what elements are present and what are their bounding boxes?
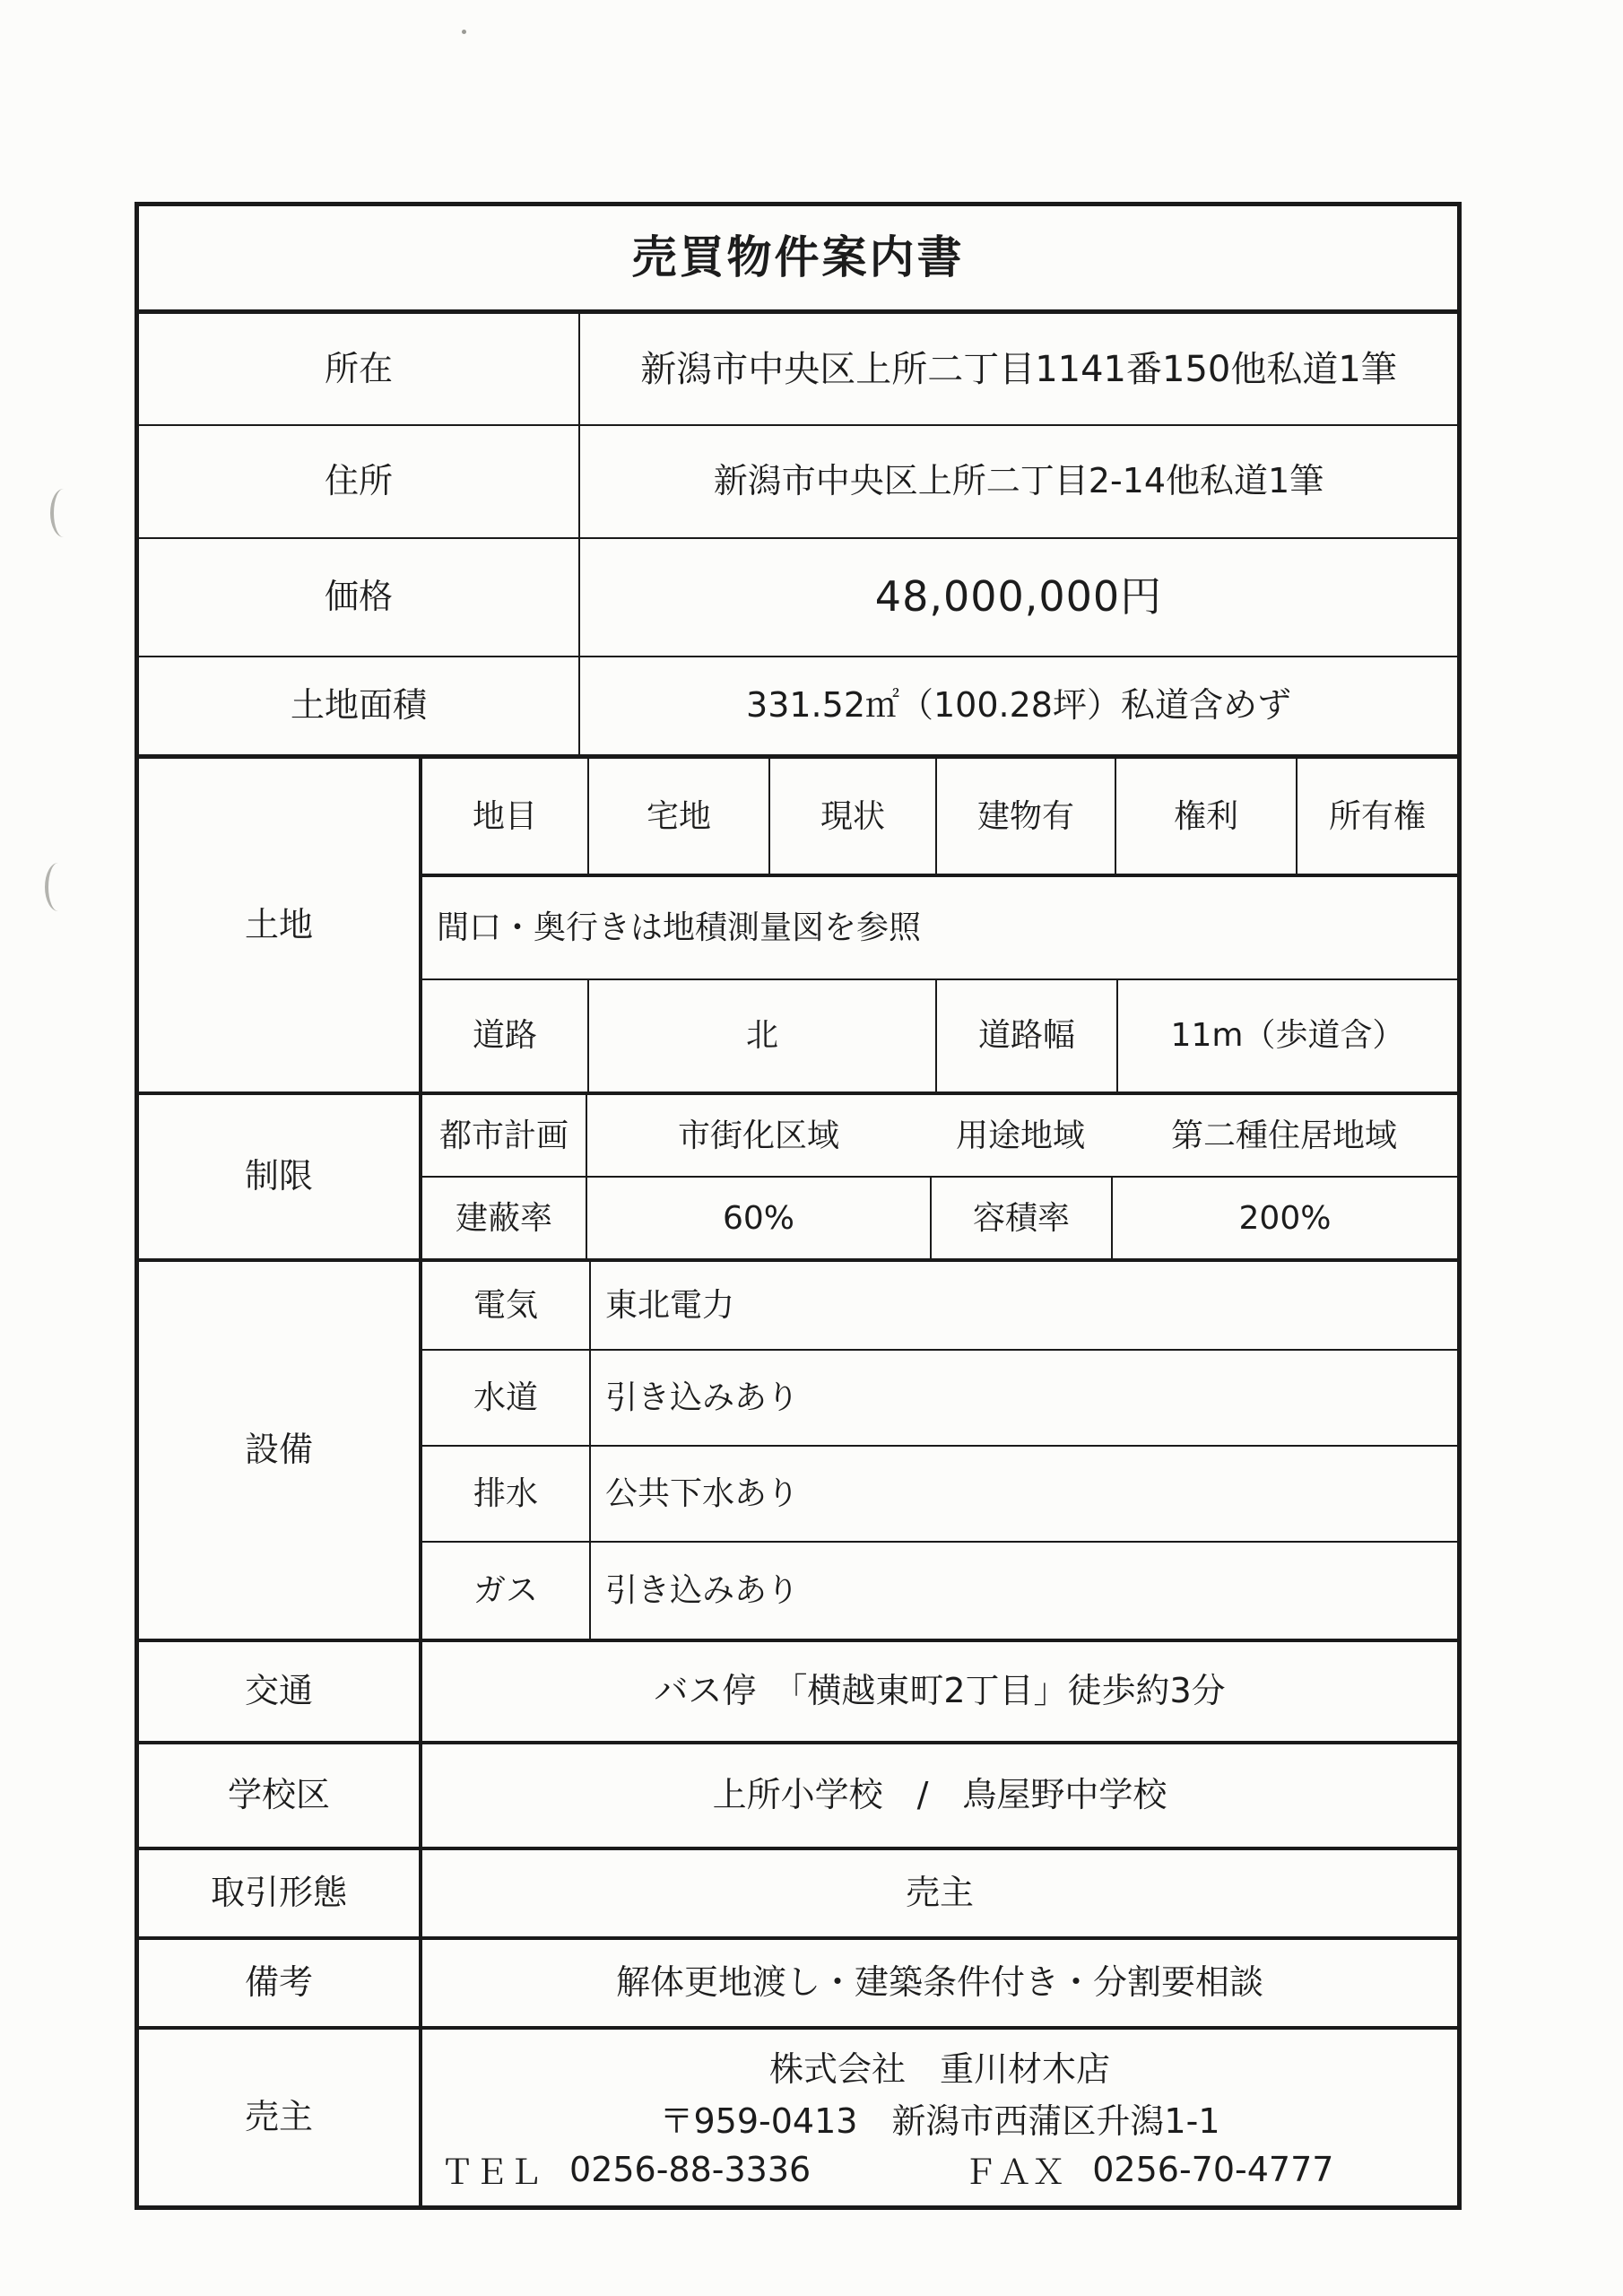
price-value: 48,000,000円 [578, 539, 1457, 656]
electricity-label: 電気 [422, 1262, 589, 1349]
coverage-row: 建蔽率 60% 容積率 200% [422, 1176, 1457, 1258]
price-row: 価格 48,000,000円 [139, 537, 1457, 656]
property-sheet-table: 売買物件案内書 所在 新潟市中央区上所二丁目1141番150他私道1筆 住所 新… [135, 202, 1462, 2210]
restrictions-label: 制限 [139, 1095, 419, 1258]
remarks-row: 備考 解体更地渡し・建築条件付き・分割要相談 [139, 1936, 1457, 2026]
electricity-row: 電気 東北電力 [422, 1262, 1457, 1349]
seller-telfax: ＴＥＬ0256-88-3336ＦＡＸ0256-70-4777 [422, 2144, 1457, 2194]
transport-row: 交通 バス停 「横越東町2丁目」徒歩約3分 [139, 1639, 1457, 1741]
gas-row: ガス 引き込みあり [422, 1541, 1457, 1639]
water-label: 水道 [422, 1351, 589, 1445]
road-row: 道路 北 道路幅 11m（歩道含） [422, 978, 1457, 1091]
tel-label: ＴＥＬ [440, 2144, 542, 2194]
rights-value: 所有権 [1296, 759, 1457, 874]
zoning-label: 用途地域 [930, 1095, 1111, 1176]
transaction-row: 取引形態 売主 [139, 1847, 1457, 1936]
address-value: 新潟市中央区上所二丁目2-14他私道1筆 [578, 426, 1457, 537]
land-area-row: 土地面積 331.52㎡（100.28坪）私道含めず [139, 656, 1457, 754]
city-planning-label: 都市計画 [422, 1095, 586, 1176]
scan-speck [462, 30, 466, 34]
remarks-label: 備考 [139, 1940, 419, 2026]
address-label: 住所 [139, 426, 578, 537]
location-row: 所在 新潟市中央区上所二丁目1141番150他私道1筆 [139, 309, 1457, 424]
scan-artifact-top [50, 489, 77, 537]
current-state-value: 建物有 [935, 759, 1115, 874]
drainage-row: 排水 公共下水あり [422, 1445, 1457, 1541]
seller-address: 〒959-0413 新潟市西蒲区升潟1-1 [422, 2093, 1457, 2143]
sheet-title: 売買物件案内書 [139, 206, 1457, 309]
land-section-label: 土地 [139, 759, 419, 1091]
electricity-value: 東北電力 [589, 1262, 1457, 1349]
floor-ratio-value: 200% [1111, 1178, 1457, 1258]
seller-company: 株式会社 重川材木店 [422, 2041, 1457, 2091]
land-use-label: 地目 [422, 759, 587, 874]
transaction-value: 売主 [419, 1850, 1457, 1936]
zoning-value: 第二種住居地域 [1111, 1095, 1457, 1176]
drainage-label: 排水 [422, 1447, 589, 1541]
fax-number: 0256-70-4777 [1092, 2150, 1333, 2189]
tel-number: 0256-88-3336 [569, 2150, 811, 2189]
school-label: 学校区 [139, 1744, 419, 1847]
floor-ratio-label: 容積率 [930, 1178, 1111, 1258]
gas-label: ガス [422, 1543, 589, 1639]
road-width-label: 道路幅 [935, 980, 1116, 1091]
price-label: 価格 [139, 539, 578, 656]
city-planning-row: 都市計画 市街化区域 用途地域 第二種住居地域 [422, 1095, 1457, 1176]
land-section: 土地 地目 宅地 現状 建物有 権利 所有権 間口・奥行きは地積測量図を参照 道… [139, 754, 1457, 1091]
seller-label: 売主 [139, 2030, 419, 2205]
location-value: 新潟市中央区上所二丁目1141番150他私道1筆 [578, 314, 1457, 424]
road-label: 道路 [422, 980, 587, 1091]
utilities-label: 設備 [139, 1262, 419, 1639]
current-state-label: 現状 [768, 759, 935, 874]
sheet-title-row: 売買物件案内書 [139, 206, 1457, 309]
transport-label: 交通 [139, 1642, 419, 1741]
school-value: 上所小学校 / 鳥屋野中学校 [419, 1744, 1457, 1847]
location-label: 所在 [139, 314, 578, 424]
land-area-value: 331.52㎡（100.28坪）私道含めず [578, 657, 1457, 754]
land-area-label: 土地面積 [139, 657, 578, 754]
drainage-value: 公共下水あり [589, 1447, 1457, 1541]
water-value: 引き込みあり [589, 1351, 1457, 1445]
frontage-note: 間口・奥行きは地積測量図を参照 [422, 877, 1457, 978]
coverage-label: 建蔽率 [422, 1178, 586, 1258]
seller-row: 売主 株式会社 重川材木店 〒959-0413 新潟市西蒲区升潟1-1 ＴＥＬ0… [139, 2026, 1457, 2205]
address-row: 住所 新潟市中央区上所二丁目2-14他私道1筆 [139, 424, 1457, 537]
road-width-value: 11m（歩道含） [1116, 980, 1457, 1091]
restrictions-section: 制限 都市計画 市街化区域 用途地域 第二種住居地域 建蔽率 60% 容積率 2… [139, 1091, 1457, 1258]
utilities-section: 設備 電気 東北電力 水道 引き込みあり 排水 公共下水あり ガス 引き込みあり [139, 1258, 1457, 1639]
transaction-label: 取引形態 [139, 1850, 419, 1936]
scanned-page: 売買物件案内書 所在 新潟市中央区上所二丁目1141番150他私道1筆 住所 新… [0, 0, 1623, 2296]
rights-label: 権利 [1115, 759, 1296, 874]
land-use-value: 宅地 [587, 759, 768, 874]
coverage-value: 60% [586, 1178, 930, 1258]
water-row: 水道 引き込みあり [422, 1349, 1457, 1445]
remarks-value: 解体更地渡し・建築条件付き・分割要相談 [419, 1940, 1457, 2026]
land-attributes-row: 地目 宅地 現状 建物有 権利 所有権 [422, 759, 1457, 874]
scan-artifact-bottom [45, 863, 72, 911]
city-planning-value: 市街化区域 [586, 1095, 930, 1176]
seller-details: 株式会社 重川材木店 〒959-0413 新潟市西蒲区升潟1-1 ＴＥＬ0256… [422, 2030, 1457, 2205]
road-direction: 北 [587, 980, 935, 1091]
fax-label: ＦＡＸ [963, 2144, 1065, 2194]
frontage-note-row: 間口・奥行きは地積測量図を参照 [422, 874, 1457, 978]
school-row: 学校区 上所小学校 / 鳥屋野中学校 [139, 1741, 1457, 1847]
gas-value: 引き込みあり [589, 1543, 1457, 1639]
transport-value: バス停 「横越東町2丁目」徒歩約3分 [419, 1642, 1457, 1741]
